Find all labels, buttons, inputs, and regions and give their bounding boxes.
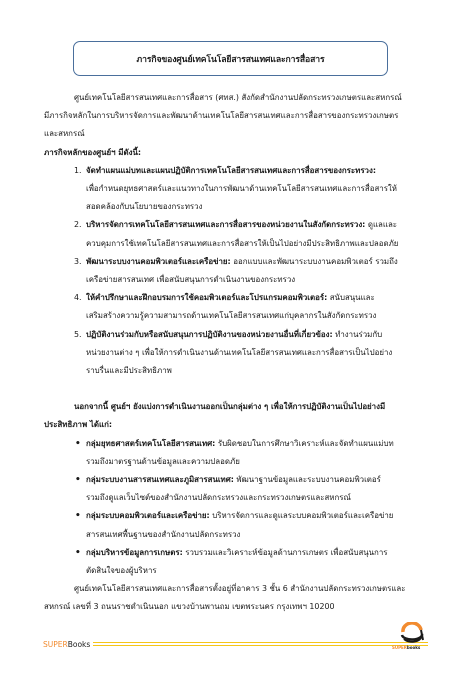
- group-desc: บริหารจัดการและดูแลระบบคอมพิวเตอร์และเคร…: [210, 511, 394, 520]
- address-line: ศูนย์เทคโนโลยีสารสนเทศและการสื่อสารตั้งอ…: [44, 580, 419, 598]
- mission-desc: ออกแบบและพัฒนาระบบงานคอมพิวเตอร์ รวมถึง: [231, 257, 398, 266]
- group-title: กลุ่มบริหารข้อมูลการเกษตร:: [86, 548, 183, 557]
- mission-title: จัดทำแผนแม่บทและแผนปฏิบัติการเทคโนโลยีสา…: [86, 166, 376, 175]
- mission-item: 5. ปฏิบัติงานร่วมกับหรือสนับสนุนการปฏิบั…: [44, 326, 419, 381]
- mission-item: 4. ให้คำปรึกษาและฝึกอบรมการใช้คอมพิวเตอร…: [44, 289, 419, 325]
- group-item: • กลุ่มยุทธศาสตร์เทคโนโลยีสารสนเทศ: รับผ…: [44, 435, 419, 471]
- mission-desc-line: สอดคล้องกับนโยบายของกระทรวง: [86, 198, 419, 216]
- mission-desc: ทำงานร่วมกับ: [333, 330, 382, 339]
- bullet-icon: •: [75, 435, 81, 453]
- bullet-icon: •: [75, 471, 81, 489]
- list-number: 5.: [74, 326, 82, 344]
- mission-title: พัฒนาระบบงานคอมพิวเตอร์และเครือข่าย:: [86, 257, 231, 266]
- intro-line: และสหกรณ์: [44, 125, 419, 143]
- address-line: สหกรณ์ เลขที่ 3 ถนนราชดำเนินนอก แขวงบ้าน…: [44, 598, 419, 616]
- mission-title: ปฏิบัติงานร่วมกับหรือสนับสนุนการปฏิบัติง…: [86, 330, 333, 339]
- document-page: ภารกิจของศูนย์เทคโนโลยีสารสนเทศและการสื่…: [0, 0, 459, 674]
- mission-item: 1. จัดทำแผนแม่บทและแผนปฏิบัติการเทคโนโลย…: [44, 162, 419, 217]
- mission-desc-line: ราบรื่นและมีประสิทธิภาพ: [86, 362, 419, 380]
- list-number: 1.: [74, 162, 82, 180]
- group-desc: รวบรวมและวิเคราะห์ข้อมูลด้านการเกษตร เพื…: [183, 548, 388, 557]
- mission-desc-line: หน่วยงานต่าง ๆ เพื่อให้การดำเนินงานด้านเ…: [86, 344, 419, 362]
- intro-line: มีภารกิจหลักในการบริหารจัดการและพัฒนาด้า…: [44, 107, 419, 125]
- group-title: กลุ่มยุทธศาสตร์เทคโนโลยีสารสนเทศ:: [86, 439, 215, 448]
- list-number: 4.: [74, 289, 82, 307]
- list-number: 2.: [74, 216, 82, 234]
- mission-desc: ดูแลและ: [365, 220, 397, 229]
- groups-intro-line: นอกจากนี้ ศูนย์ฯ ยังแบ่งการดำเนินงานออกเ…: [44, 398, 419, 416]
- group-desc-line: รวมถึงมาตรฐานด้านข้อมูลและความปลอดภัย: [86, 453, 419, 471]
- footer-brand-super: SUPER: [43, 640, 68, 649]
- groups-list: • กลุ่มยุทธศาสตร์เทคโนโลยีสารสนเทศ: รับผ…: [44, 435, 419, 581]
- intro-line: ศูนย์เทคโนโลยีสารสนเทศและการสื่อสาร (ศทส…: [44, 89, 419, 107]
- logo-label: SUPERbooks: [392, 645, 420, 650]
- group-desc-line: ตัดสินใจของผู้บริหาร: [86, 562, 419, 580]
- missions-heading: ภารกิจหลักของศูนย์ฯ มีดังนี้:: [44, 144, 419, 162]
- group-desc-line: รวมถึงดูแลเว็บไซต์ของสำนักงานปลัดกระทรวง…: [86, 489, 419, 507]
- logo-super: SUPER: [392, 645, 407, 650]
- group-desc: พัฒนาฐานข้อมูลและระบบงานคอมพิวเตอร์: [234, 475, 381, 484]
- bullet-icon: •: [75, 544, 81, 562]
- group-item: • กลุ่มระบบงานสารสนเทศและภูมิสารสนเทศ: พ…: [44, 471, 419, 507]
- group-item: • กลุ่มบริหารข้อมูลการเกษตร: รวบรวมและวิ…: [44, 544, 419, 580]
- missions-list: 1. จัดทำแผนแม่บทและแผนปฏิบัติการเทคโนโลย…: [44, 162, 419, 380]
- mission-item: 3. พัฒนาระบบงานคอมพิวเตอร์และเครือข่าย: …: [44, 253, 419, 289]
- page-title: ภารกิจของศูนย์เทคโนโลยีสารสนเทศและการสื่…: [137, 52, 325, 66]
- footer-divider: [93, 642, 428, 646]
- groups-intro-paragraph: นอกจากนี้ ศูนย์ฯ ยังแบ่งการดำเนินงานออกเ…: [44, 398, 419, 434]
- group-desc: รับผิดชอบในการศึกษาวิเคราะห์และจัดทำแผนแ…: [215, 439, 393, 448]
- intro-paragraph: ศูนย์เทคโนโลยีสารสนเทศและการสื่อสาร (ศทส…: [44, 89, 419, 144]
- group-item: • กลุ่มระบบคอมพิวเตอร์และเครือข่าย: บริห…: [44, 507, 419, 543]
- footer-brand-books: Books: [68, 640, 91, 649]
- group-desc-line: สารสนเทศพื้นฐานของสำนักงานปลัดกระทรวง: [86, 526, 419, 544]
- mission-item: 2. บริหารจัดการเทคโนโลยีสารสนเทศและการสื…: [44, 216, 419, 252]
- document-body: ศูนย์เทคโนโลยีสารสนเทศและการสื่อสาร (ศทส…: [44, 89, 419, 617]
- groups-intro-line: ประสิทธิภาพ ได้แก่:: [44, 416, 419, 434]
- list-number: 3.: [74, 253, 82, 271]
- page-footer: SUPERBooks: [43, 638, 428, 650]
- mission-desc-line: ควบคุมการใช้เทคโนโลยีสารสนเทศและการสื่อส…: [86, 235, 419, 253]
- group-title: กลุ่มระบบงานสารสนเทศและภูมิสารสนเทศ:: [86, 475, 234, 484]
- logo-books: books: [407, 645, 420, 650]
- spacer: [44, 380, 419, 398]
- mission-desc-line: เครือข่ายสารสนเทศ เพื่อสนับสนุนการดำเนิน…: [86, 271, 419, 289]
- mission-title: บริหารจัดการเทคโนโลยีสารสนเทศและการสื่อส…: [86, 220, 365, 229]
- mission-title: ให้คำปรึกษาและฝึกอบรมการใช้คอมพิวเตอร์แล…: [86, 293, 327, 302]
- mission-desc-line: เสริมสร้างความรู้ความสามารถด้านเทคโนโลยี…: [86, 307, 419, 325]
- bullet-icon: •: [75, 507, 81, 525]
- address-paragraph: ศูนย์เทคโนโลยีสารสนเทศและการสื่อสารตั้งอ…: [44, 580, 419, 616]
- mission-desc-line: เพื่อกำหนดยุทธศาสตร์และแนวทางในการพัฒนาด…: [86, 180, 419, 198]
- title-box: ภารกิจของศูนย์เทคโนโลยีสารสนเทศและการสื่…: [73, 41, 388, 76]
- group-title: กลุ่มระบบคอมพิวเตอร์และเครือข่าย:: [86, 511, 210, 520]
- mission-desc: สนับสนุนและ: [327, 293, 375, 302]
